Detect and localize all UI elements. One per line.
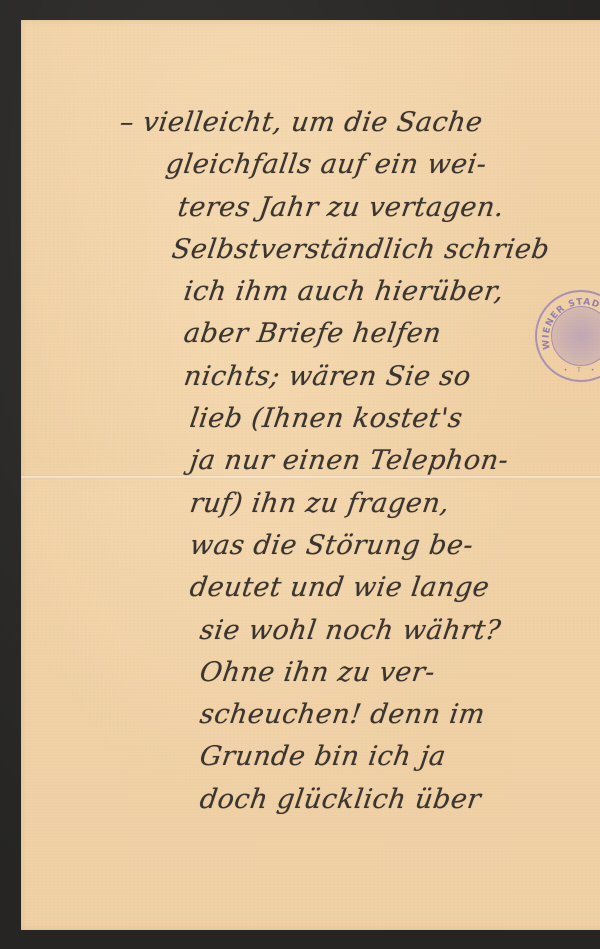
text-line: sie wohl noch währt?	[117, 610, 600, 652]
text-line: deutet und wie lange	[117, 567, 600, 609]
text-line: nichts; wären Sie so	[117, 356, 600, 398]
text-line: ruf) ihn zu fragen,	[117, 483, 600, 525]
text-line: gleichfalls auf ein wei-	[117, 144, 600, 186]
text-line: Grunde bin ich ja	[117, 736, 600, 778]
text-line: doch glücklich über	[117, 779, 600, 821]
stamp-dots: • T •	[537, 367, 600, 374]
letter-page: – vielleicht, um die Sache gleichfalls a…	[21, 20, 600, 930]
library-stamp: WIENER STADT • T •	[535, 290, 600, 382]
text-line: Selbstverständlich schrieb	[117, 229, 600, 271]
text-line: lieb (Ihnen kostet's	[117, 398, 600, 440]
text-line: Ohne ihn zu ver-	[117, 652, 600, 694]
text-line: teres Jahr zu vertagen.	[117, 187, 600, 229]
text-line: ich ihm auch hierüber,	[117, 271, 600, 313]
text-line: ja nur einen Telephon-	[117, 440, 600, 482]
text-line: scheuchen! denn im	[117, 694, 600, 736]
text-line: was die Störung be-	[117, 525, 600, 567]
text-line: – vielleicht, um die Sache	[117, 102, 600, 144]
text-line: aber Briefe helfen	[117, 313, 600, 355]
handwritten-text: – vielleicht, um die Sache gleichfalls a…	[117, 102, 597, 821]
